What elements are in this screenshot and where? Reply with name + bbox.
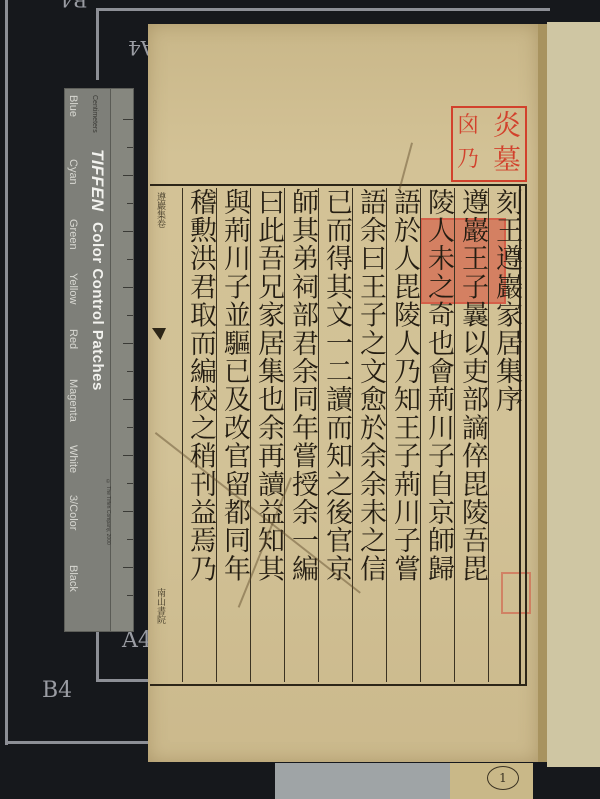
bottom-backing-grey	[275, 763, 450, 799]
text-column: 師其弟祠部君余同年嘗授余一編	[284, 188, 319, 682]
mat-label-bottom-left: B4	[42, 678, 72, 703]
patch-label-yellow: Yellow	[67, 273, 79, 304]
brand-name: TIFFEN	[88, 149, 107, 212]
ruler	[110, 89, 133, 631]
text-column: 稽勲洪君取而編校之稍刊益焉乃	[182, 188, 217, 682]
mat-inner-left-lower	[96, 630, 99, 682]
patch-label-blue: Blue	[67, 95, 79, 117]
color-control-strip: Centimeters TIFFEN Color Control Patches…	[64, 88, 134, 632]
text-column: 曰此吾兄家居集也余再讀益知其	[250, 188, 285, 682]
text-column: 陵人未之奇也會荊川子自京師歸	[420, 188, 455, 682]
mat-border-bottom	[5, 741, 150, 744]
brand-logo: TIFFEN Color Control Patches	[87, 149, 107, 391]
fish-tail-mark	[152, 328, 166, 340]
strip-copyright: © The Tiffen Company, 2000	[105, 479, 111, 545]
seal-collector-top: 炎 墓 囟 乃	[451, 106, 527, 182]
mat-label-top-left: B4	[60, 0, 87, 12]
mat-inner-bottom	[96, 679, 148, 682]
strip-title: Color Control Patches	[89, 222, 106, 391]
text-column: 語於人毘陵人乃知王子荊川子嘗	[386, 188, 421, 682]
text-column: 刻王遵巖家居集序	[488, 188, 523, 682]
mat-inner-top	[96, 8, 550, 11]
seal-char: 囟	[457, 110, 479, 142]
next-page-edge	[547, 22, 600, 767]
text-column: 語余曰王子之文愈於余余未之信	[352, 188, 387, 682]
seal-char: 墓	[493, 144, 521, 176]
patch-label-cyan: Cyan	[67, 159, 79, 185]
seal-char: 炎	[489, 110, 521, 138]
seal-char: 乃	[457, 144, 479, 176]
margin-publisher: 南山書院	[154, 588, 167, 624]
ruler-header: Centimeters	[91, 95, 98, 133]
patch-label-magenta: Magenta	[67, 379, 79, 422]
mat-border-left	[5, 0, 8, 745]
patch-label-white: White	[67, 445, 79, 473]
mat-inner-left	[96, 8, 99, 80]
margin-title: 遵巖集卷	[154, 192, 167, 228]
text-column: 與荊川子並驅已及改官留都同年	[216, 188, 251, 682]
patch-label-black: Black	[67, 565, 79, 592]
patch-label-red: Red	[67, 329, 79, 349]
page-number: 1	[487, 766, 519, 790]
page-spine-edge	[538, 24, 547, 762]
text-column: 已而得其文一二讀而知之後官京	[318, 188, 353, 682]
patch-label-3color: 3/Color	[67, 495, 79, 530]
patch-label-green: Green	[67, 219, 79, 250]
text-column: 遵巖王子曩以吏部謫倅毘陵吾毘	[454, 188, 489, 682]
